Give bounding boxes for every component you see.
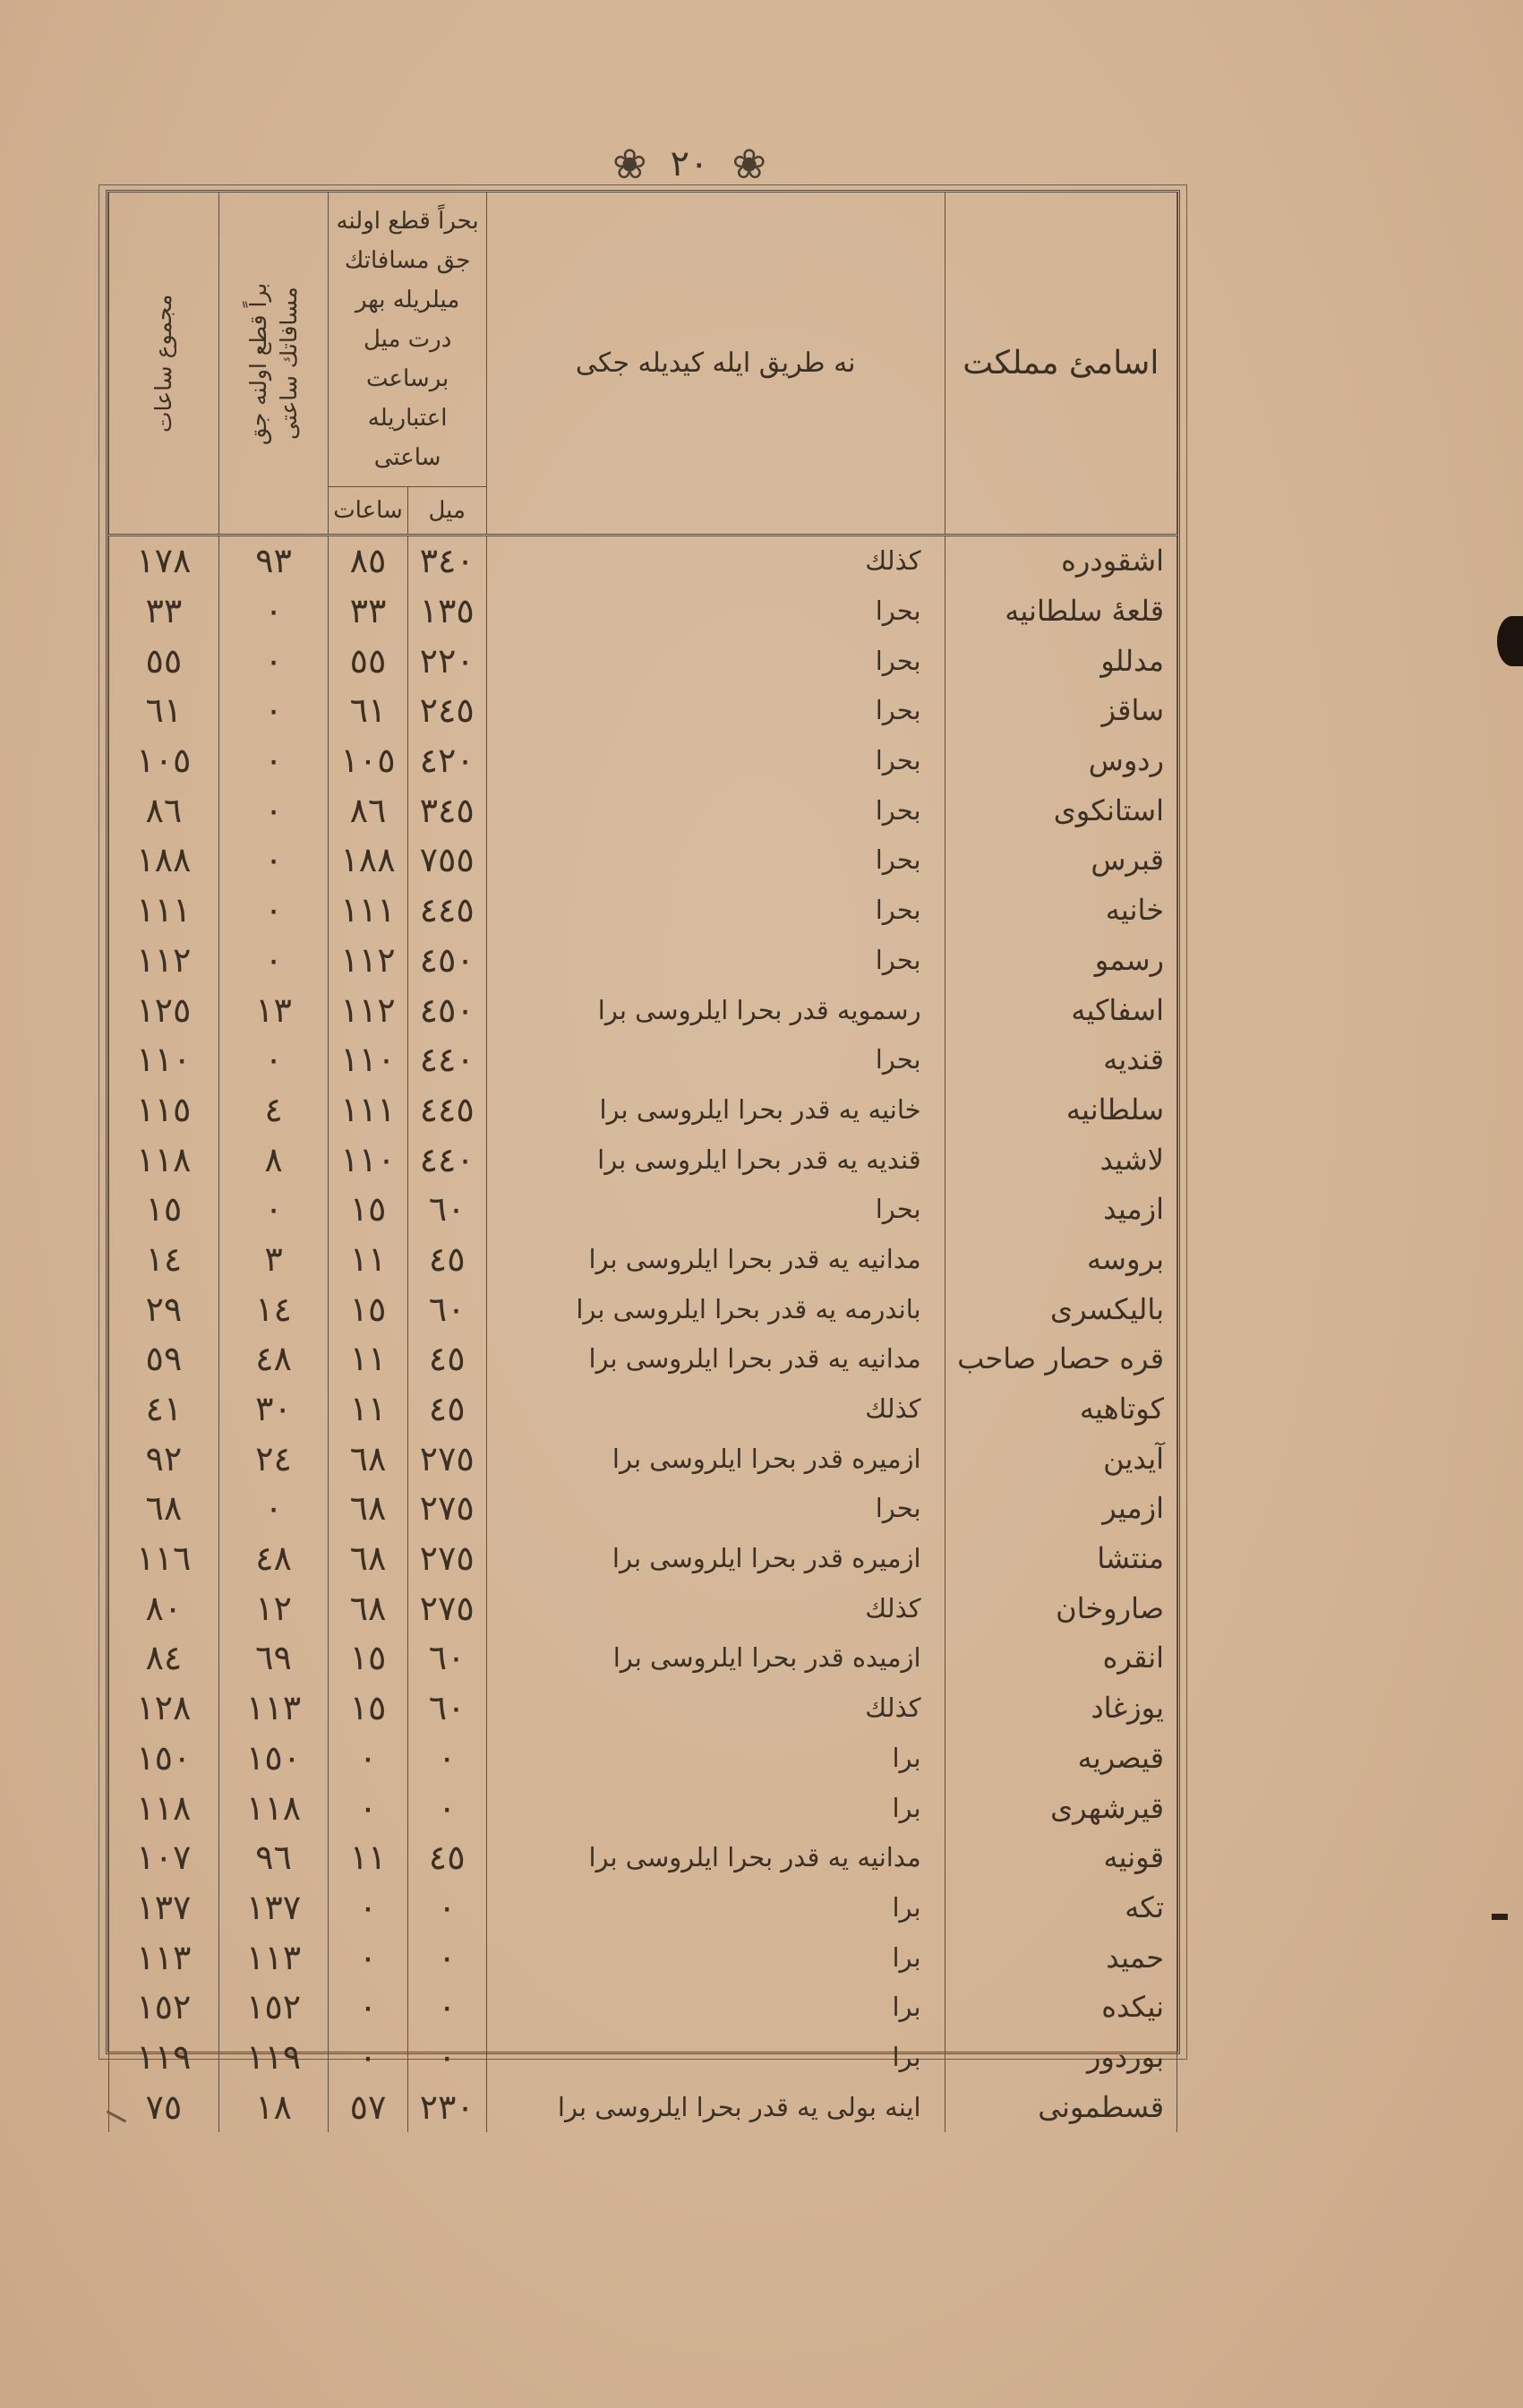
route-cell: بحرا: [486, 686, 945, 736]
route-cell: خانیه یه قدر بحرا ایلروسی برا: [486, 1085, 945, 1135]
country-cell: قسطمونی: [945, 2082, 1176, 2132]
country-cell: بوردور: [945, 2033, 1176, 2083]
land-hours-cell: ٠: [218, 686, 329, 736]
table-row: قلعهٔ سلطانیهبحرا١٣٥٣٣٠٣٣: [109, 587, 1177, 637]
sea-hours-cell: ١١١: [329, 886, 407, 936]
land-hours-cell: ١١٩: [218, 2033, 329, 2083]
sea-miles-cell: ٠: [407, 1783, 486, 1833]
country-cell: لاشید: [945, 1135, 1176, 1185]
table-row: اسفاكیهرسمویه قدر بحرا ایلروسی برا٤٥٠١١٢…: [109, 985, 1177, 1035]
sea-hours-cell: ٠: [329, 1783, 407, 1833]
route-cell: ازمیره قدر بحرا ایلروسی برا: [486, 1434, 945, 1484]
total-hours-cell: ٢٩: [109, 1284, 219, 1334]
table-row: قبرسبحرا٧٥٥١٨٨٠١٨٨: [109, 836, 1177, 886]
country-cell: بروسه: [945, 1235, 1176, 1285]
land-hours-cell: ٠: [218, 1035, 329, 1085]
country-cell: نیكده: [945, 1983, 1176, 2033]
sea-hours-cell: ١١: [329, 1833, 407, 1883]
land-hours-cell: ٣٠: [218, 1384, 329, 1435]
sea-miles-cell: ٦٠: [407, 1633, 486, 1684]
sea-miles-cell: ٤٥: [407, 1235, 486, 1285]
land-hours-cell: ٠: [218, 836, 329, 886]
route-cell: بحرا: [486, 636, 945, 686]
distance-table-frame: اسامئ مملكت نه طریق ایله کیدیله جکی بحرا…: [106, 190, 1180, 2054]
total-hours-cell: ١٧٨: [109, 536, 219, 587]
table-row: نیكدهبرا٠٠١٥٢١٥٢: [109, 1983, 1177, 2033]
header-land-hours-label: براً قطع اولنه جق مسافاتك ساعتی: [244, 252, 304, 476]
sea-miles-cell: ٢٧٥: [407, 1484, 486, 1534]
sea-hours-cell: ١٥: [329, 1284, 407, 1334]
sea-hours-cell: ١٠٥: [329, 736, 407, 786]
land-hours-cell: ١١٣: [218, 1932, 329, 1983]
land-hours-cell: ٠: [218, 1185, 329, 1235]
total-hours-cell: ١١٠: [109, 1035, 219, 1085]
total-hours-cell: ١١١: [109, 886, 219, 936]
total-hours-cell: ١٠٧: [109, 1833, 219, 1883]
header-sea-distance: بحراً قطع اولنه جق مسافاتك میلریله بهر د…: [329, 193, 486, 487]
land-hours-cell: ٩٦: [218, 1833, 329, 1883]
route-cell: مدانیه یه قدر بحرا ایلروسی برا: [486, 1334, 945, 1384]
table-row: ردوسبحرا٤٢٠١٠٥٠١٠٥: [109, 736, 1177, 786]
sea-hours-cell: ١٨٨: [329, 836, 407, 886]
sea-miles-cell: ٦٠: [407, 1185, 486, 1235]
country-cell: رسمو: [945, 936, 1176, 986]
sea-hours-cell: ٨٦: [329, 785, 407, 836]
country-cell: قندیه: [945, 1035, 1176, 1085]
sea-hours-cell: ٦٨: [329, 1484, 407, 1534]
sea-miles-cell: ٤٥: [407, 1334, 486, 1384]
land-hours-cell: ٩٣: [218, 536, 329, 587]
route-cell: كذلك: [486, 536, 945, 587]
route-cell: باندرمه یه قدر بحرا ایلروسی برا: [486, 1284, 945, 1334]
route-cell: كذلك: [486, 1583, 945, 1633]
header-sea-hours: ساعات: [329, 487, 407, 536]
sea-hours-cell: ١١٢: [329, 936, 407, 986]
sea-miles-cell: ٤٥: [407, 1833, 486, 1883]
total-hours-cell: ٧٥: [109, 2082, 219, 2132]
route-cell: رسمویه قدر بحرا ایلروسی برا: [486, 985, 945, 1035]
table-row: قندیهبحرا٤٤٠١١٠٠١١٠: [109, 1035, 1177, 1085]
country-cell: قلعهٔ سلطانیه: [945, 587, 1176, 637]
sea-miles-cell: ٤٥٠: [407, 985, 486, 1035]
sea-miles-cell: ٢٤٥: [407, 686, 486, 736]
total-hours-cell: ١١٦: [109, 1534, 219, 1584]
land-hours-cell: ٠: [218, 936, 329, 986]
route-cell: بحرا: [486, 1484, 945, 1534]
land-hours-cell: ١٥٢: [218, 1983, 329, 2033]
sea-hours-cell: ١١: [329, 1334, 407, 1384]
country-cell: صاروخان: [945, 1583, 1176, 1633]
table-row: آیدینازمیره قدر بحرا ایلروسی برا٢٧٥٦٨٢٤٩…: [109, 1434, 1177, 1484]
route-cell: برا: [486, 2033, 945, 2083]
country-cell: ردوس: [945, 736, 1176, 786]
route-cell: بحرا: [486, 587, 945, 637]
floral-ornament-icon: ❀: [732, 140, 766, 188]
land-hours-cell: ١٨: [218, 2082, 329, 2132]
route-cell: مدانیه یه قدر بحرا ایلروسی برا: [486, 1235, 945, 1285]
total-hours-cell: ١١٨: [109, 1783, 219, 1833]
sea-hours-cell: ١٥: [329, 1185, 407, 1235]
country-cell: قیرشهری: [945, 1783, 1176, 1833]
total-hours-cell: ١٤: [109, 1235, 219, 1285]
land-hours-cell: ١٤: [218, 1284, 329, 1334]
total-hours-cell: ١١٢: [109, 936, 219, 986]
table-row: استانكویبحرا٣٤٥٨٦٠٨٦: [109, 785, 1177, 836]
sea-miles-cell: ٢٣٠: [407, 2082, 486, 2132]
table-row: تكهبرا٠٠١٣٧١٣٧: [109, 1883, 1177, 1933]
route-cell: كذلك: [486, 1684, 945, 1734]
sea-hours-cell: ٦٨: [329, 1434, 407, 1484]
sea-miles-cell: ٤٥: [407, 1384, 486, 1435]
sea-miles-cell: ٦٠: [407, 1284, 486, 1334]
table-row: قونیهمدانیه یه قدر بحرا ایلروسی برا٤٥١١٩…: [109, 1833, 1177, 1883]
table-row: صاروخانكذلك٢٧٥٦٨١٢٨٠: [109, 1583, 1177, 1633]
route-cell: بحرا: [486, 1035, 945, 1085]
country-cell: آیدین: [945, 1434, 1176, 1484]
sea-hours-cell: ٠: [329, 1883, 407, 1933]
land-hours-cell: ٦٩: [218, 1633, 329, 1684]
land-hours-cell: ١٢: [218, 1583, 329, 1633]
table-row: كوتاهیهكذلك٤٥١١٣٠٤١: [109, 1384, 1177, 1435]
route-cell: قندیه یه قدر بحرا ایلروسی برا: [486, 1135, 945, 1185]
table-row: بالیكسریباندرمه یه قدر بحرا ایلروسی برا٦…: [109, 1284, 1177, 1334]
country-cell: حمید: [945, 1932, 1176, 1983]
route-cell: ازمیده قدر بحرا ایلروسی برا: [486, 1633, 945, 1684]
total-hours-cell: ١٢٥: [109, 985, 219, 1035]
sea-hours-cell: ٠: [329, 1734, 407, 1784]
header-sea-miles: میل: [407, 487, 486, 536]
country-cell: خانیه: [945, 886, 1176, 936]
land-hours-cell: ١١٨: [218, 1783, 329, 1833]
route-cell: برا: [486, 1932, 945, 1983]
sea-hours-cell: ٦١: [329, 686, 407, 736]
floral-ornament-icon: ❀: [612, 140, 647, 188]
total-hours-cell: ٤١: [109, 1384, 219, 1435]
route-cell: ازمیره قدر بحرا ایلروسی برا: [486, 1534, 945, 1584]
table-row: منتشاازمیره قدر بحرا ایلروسی برا٢٧٥٦٨٤٨١…: [109, 1534, 1177, 1584]
land-hours-cell: ٨: [218, 1135, 329, 1185]
land-hours-cell: ٤: [218, 1085, 329, 1135]
country-cell: تكه: [945, 1883, 1176, 1933]
sea-hours-cell: ٥٥: [329, 636, 407, 686]
country-cell: یوزغاد: [945, 1684, 1176, 1734]
sea-hours-cell: ٠: [329, 1932, 407, 1983]
header-country: اسامئ مملكت: [945, 193, 1176, 536]
total-hours-cell: ٥٥: [109, 636, 219, 686]
sea-hours-cell: ١١: [329, 1384, 407, 1435]
total-hours-cell: ١٣٧: [109, 1883, 219, 1933]
sea-hours-cell: ٠: [329, 2033, 407, 2083]
sea-hours-cell: ٣٣: [329, 587, 407, 637]
sea-hours-cell: ٦٨: [329, 1534, 407, 1584]
total-hours-cell: ١٥٢: [109, 1983, 219, 2033]
table-row: ازمیدبحرا٦٠١٥٠١٥: [109, 1185, 1177, 1235]
land-hours-cell: ٠: [218, 785, 329, 836]
route-cell: بحرا: [486, 785, 945, 836]
sea-hours-cell: ٠: [329, 1983, 407, 2033]
route-cell: كذلك: [486, 1384, 945, 1435]
total-hours-cell: ١١٨: [109, 1135, 219, 1185]
route-cell: مدانیه یه قدر بحرا ایلروسی برا: [486, 1833, 945, 1883]
sea-miles-cell: ٢٢٠: [407, 636, 486, 686]
table-row: قیصریهبرا٠٠١٥٠١٥٠: [109, 1734, 1177, 1784]
route-cell: بحرا: [486, 886, 945, 936]
table-row: سلطانیهخانیه یه قدر بحرا ایلروسی برا٤٤٥١…: [109, 1085, 1177, 1135]
total-hours-cell: ١٥٠: [109, 1734, 219, 1784]
country-cell: اشقودره: [945, 536, 1176, 587]
sea-miles-cell: ٠: [407, 1734, 486, 1784]
country-cell: مدللو: [945, 636, 1176, 686]
total-hours-cell: ٦١: [109, 686, 219, 736]
header-total-hours-label: مجموع ساعات: [149, 252, 179, 476]
country-cell: قونیه: [945, 1833, 1176, 1883]
sea-miles-cell: ٢٧٥: [407, 1434, 486, 1484]
sea-miles-cell: ٠: [407, 1983, 486, 2033]
sea-miles-cell: ٤٢٠: [407, 736, 486, 786]
sea-hours-cell: ٥٧: [329, 2082, 407, 2132]
sea-hours-cell: ١٥: [329, 1684, 407, 1734]
total-hours-cell: ٣٣: [109, 587, 219, 637]
table-header-row: اسامئ مملكت نه طریق ایله کیدیله جکی بحرا…: [109, 193, 1177, 487]
land-hours-cell: ١٥٠: [218, 1734, 329, 1784]
country-cell: كوتاهیه: [945, 1384, 1176, 1435]
sea-miles-cell: ٤٤٠: [407, 1035, 486, 1085]
header-sea-distance-label: بحراً قطع اولنه جق مسافاتك میلریله بهر د…: [329, 193, 485, 487]
total-hours-cell: ١٥: [109, 1185, 219, 1235]
sea-miles-cell: ٢٧٥: [407, 1583, 486, 1633]
country-cell: استانكوی: [945, 785, 1176, 836]
total-hours-cell: ٨٠: [109, 1583, 219, 1633]
land-hours-cell: ٠: [218, 736, 329, 786]
sea-miles-cell: ٤٤٥: [407, 886, 486, 936]
sea-miles-cell: ٤٤٥: [407, 1085, 486, 1135]
country-cell: ازمید: [945, 1185, 1176, 1235]
table-row: ساقزبحرا٢٤٥٦١٠٦١: [109, 686, 1177, 736]
route-cell: اینه بولی یه قدر بحرا ایلروسی برا: [486, 2082, 945, 2132]
country-cell: بالیكسری: [945, 1284, 1176, 1334]
country-cell: انقره: [945, 1633, 1176, 1684]
header-land-hours: براً قطع اولنه جق مسافاتك ساعتی: [218, 193, 329, 536]
table-row: انقرهازمیده قدر بحرا ایلروسی برا٦٠١٥٦٩٨٤: [109, 1633, 1177, 1684]
land-hours-cell: ٤٨: [218, 1334, 329, 1384]
total-hours-cell: ١١٩: [109, 2033, 219, 2083]
table-row: حمیدبرا٠٠١١٣١١٣: [109, 1932, 1177, 1983]
sea-hours-cell: ١١١: [329, 1085, 407, 1135]
land-hours-cell: ١٣٧: [218, 1883, 329, 1933]
sea-miles-cell: ١٣٥: [407, 587, 486, 637]
land-hours-cell: ٠: [218, 1484, 329, 1534]
sea-hours-cell: ١٥: [329, 1633, 407, 1684]
sea-miles-cell: ٠: [407, 1932, 486, 1983]
country-cell: ازمیر: [945, 1484, 1176, 1534]
country-cell: منتشا: [945, 1534, 1176, 1584]
sea-miles-cell: ٠: [407, 1883, 486, 1933]
route-cell: برا: [486, 1783, 945, 1833]
route-cell: برا: [486, 1734, 945, 1784]
sea-hours-cell: ١١: [329, 1235, 407, 1285]
land-hours-cell: ٣: [218, 1235, 329, 1285]
total-hours-cell: ١١٥: [109, 1085, 219, 1135]
page-number-header: ❀ ٢٠ ❀: [555, 133, 824, 195]
ink-mark: [1492, 1914, 1508, 1920]
sea-miles-cell: ٣٤٥: [407, 785, 486, 836]
route-cell: برا: [486, 1883, 945, 1933]
land-hours-cell: ١٣: [218, 985, 329, 1035]
total-hours-cell: ١٨٨: [109, 836, 219, 886]
total-hours-cell: ١٠٥: [109, 736, 219, 786]
land-hours-cell: ٠: [218, 587, 329, 637]
page-number: ٢٠: [671, 143, 709, 184]
table-row: اشقودرهكذلك٣٤٠٨٥٩٣١٧٨: [109, 536, 1177, 587]
sea-miles-cell: ٤٥٠: [407, 936, 486, 986]
sea-miles-cell: ٦٠: [407, 1684, 486, 1734]
table-row: یوزغادكذلك٦٠١٥١١٣١٢٨: [109, 1684, 1177, 1734]
route-cell: بحرا: [486, 836, 945, 886]
total-hours-cell: ٩٢: [109, 1434, 219, 1484]
sea-miles-cell: ٤٤٠: [407, 1135, 486, 1185]
table-row: بوردوربرا٠٠١١٩١١٩: [109, 2033, 1177, 2083]
total-hours-cell: ١١٣: [109, 1932, 219, 1983]
table-row: قیرشهریبرا٠٠١١٨١١٨: [109, 1783, 1177, 1833]
distance-table: اسامئ مملكت نه طریق ایله کیدیله جکی بحرا…: [108, 193, 1177, 2132]
land-hours-cell: ٠: [218, 886, 329, 936]
country-cell: اسفاكیه: [945, 985, 1176, 1035]
route-cell: برا: [486, 1983, 945, 2033]
sea-hours-cell: ١١٠: [329, 1035, 407, 1085]
sea-miles-cell: ٣٤٠: [407, 536, 486, 587]
table-row: مدللوبحرا٢٢٠٥٥٠٥٥: [109, 636, 1177, 686]
table-row: خانیهبحرا٤٤٥١١١٠١١١: [109, 886, 1177, 936]
country-cell: ساقز: [945, 686, 1176, 736]
sea-miles-cell: ٧٥٥: [407, 836, 486, 886]
land-hours-cell: ٢٤: [218, 1434, 329, 1484]
table-row: قره حصار صاحبمدانیه یه قدر بحرا ایلروسی …: [109, 1334, 1177, 1384]
sea-hours-cell: ١١٢: [329, 985, 407, 1035]
country-cell: سلطانیه: [945, 1085, 1176, 1135]
table-row: قسطمونیاینه بولی یه قدر بحرا ایلروسی برا…: [109, 2082, 1177, 2132]
total-hours-cell: ٦٨: [109, 1484, 219, 1534]
table-row: بروسهمدانیه یه قدر بحرا ایلروسی برا٤٥١١٣…: [109, 1235, 1177, 1285]
country-cell: قبرس: [945, 836, 1176, 886]
land-hours-cell: ١١٣: [218, 1684, 329, 1734]
sea-hours-cell: ٦٨: [329, 1583, 407, 1633]
header-total-hours: مجموع ساعات: [109, 193, 219, 536]
country-cell: قره حصار صاحب: [945, 1334, 1176, 1384]
route-cell: بحرا: [486, 936, 945, 986]
land-hours-cell: ٤٨: [218, 1534, 329, 1584]
sea-miles-cell: ٢٧٥: [407, 1534, 486, 1584]
total-hours-cell: ٥٩: [109, 1334, 219, 1384]
table-row: رسموبحرا٤٥٠١١٢٠١١٢: [109, 936, 1177, 986]
table-row: ازمیربحرا٢٧٥٦٨٠٦٨: [109, 1484, 1177, 1534]
sea-hours-cell: ٨٥: [329, 536, 407, 587]
total-hours-cell: ٨٤: [109, 1633, 219, 1684]
country-cell: قیصریه: [945, 1734, 1176, 1784]
route-cell: بحرا: [486, 736, 945, 786]
land-hours-cell: ٠: [218, 636, 329, 686]
sea-miles-cell: ٠: [407, 2033, 486, 2083]
total-hours-cell: ١٢٨: [109, 1684, 219, 1734]
header-route: نه طریق ایله کیدیله جکی: [486, 193, 945, 536]
ink-blot: [1497, 616, 1523, 666]
route-cell: بحرا: [486, 1185, 945, 1235]
sea-hours-cell: ١١٠: [329, 1135, 407, 1185]
table-row: لاشیدقندیه یه قدر بحرا ایلروسی برا٤٤٠١١٠…: [109, 1135, 1177, 1185]
table-body: اشقودرهكذلك٣٤٠٨٥٩٣١٧٨قلعهٔ سلطانیهبحرا١٣…: [109, 536, 1177, 2133]
total-hours-cell: ٨٦: [109, 785, 219, 836]
